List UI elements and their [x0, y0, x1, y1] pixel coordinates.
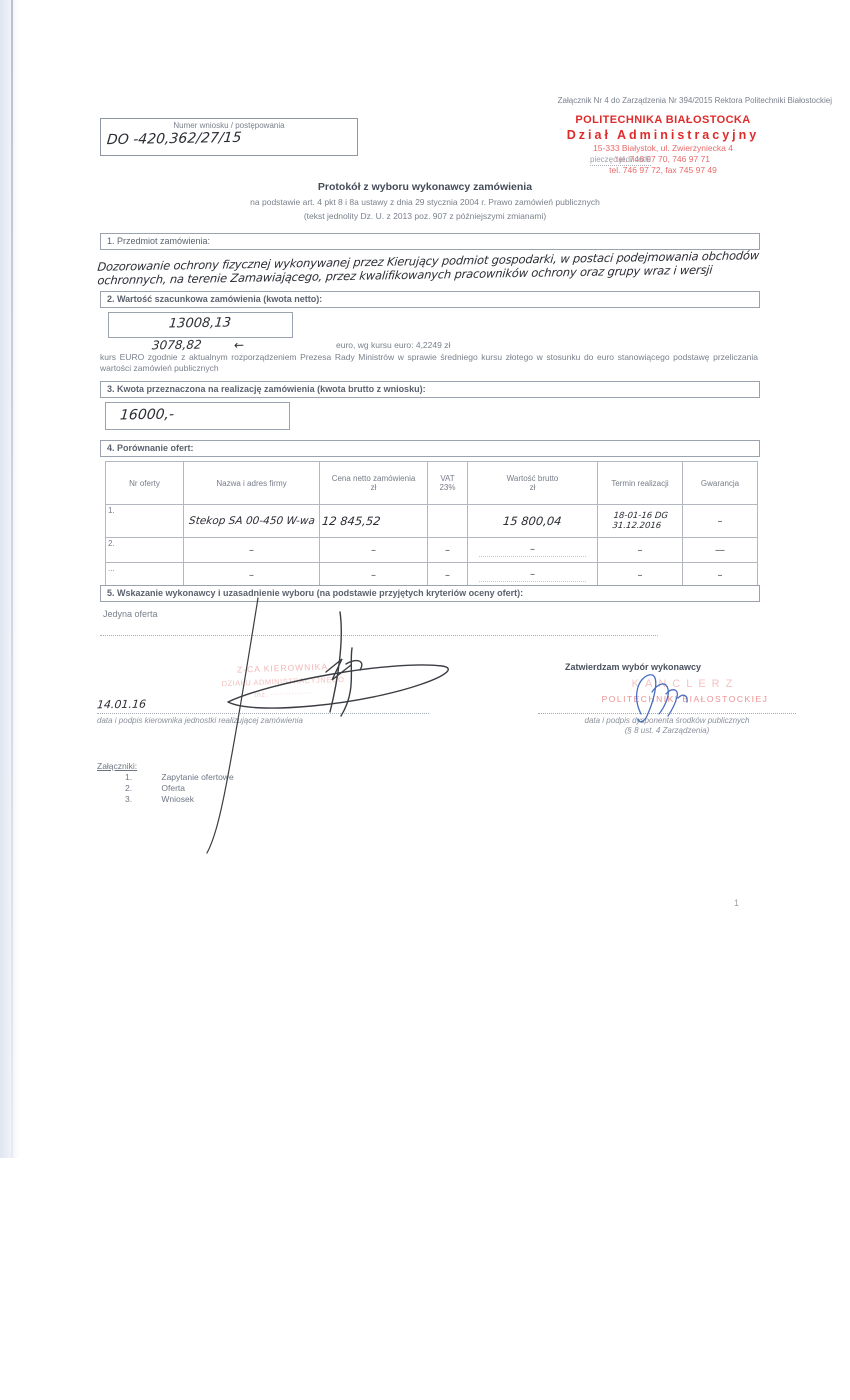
attachment-item: 1. Zapytanie ofertowe	[125, 772, 234, 783]
cell-gwarancja: –	[718, 516, 723, 527]
right-role-stamp: KANCLERZ POLITECHNIKI BIAŁOSTOCKIEJ	[575, 676, 795, 705]
col-header: Nazwa i adres firmy	[184, 462, 320, 505]
cell-brutto: –	[530, 569, 535, 580]
kurs-paragraph: kurs EURO zgodnie z aktualnym rozporządz…	[100, 352, 758, 374]
col-header: Nr oferty	[106, 462, 184, 505]
cell-brutto: 15 800,04	[502, 514, 562, 528]
arrow-mark: ←	[233, 338, 244, 352]
table-row: 2. – – – – – —	[106, 538, 758, 563]
document-title: Protokół z wyboru wykonawcy zamówienia	[0, 181, 850, 193]
cell-offer-no: 1.	[106, 505, 184, 538]
left-role-stamp: Z-CA KIEROWNIKA DZIAŁU ADMINISTRACYJNEGO…	[147, 657, 418, 704]
right-stamp-line1: KANCLERZ	[575, 676, 795, 693]
unit-stamp-line4: tel. 746 97 70, 746 97 71 pieczęć jednos…	[532, 154, 794, 165]
col-header: Gwarancja	[683, 462, 758, 505]
document-subtitle-1: na podstawie art. 4 pkt 8 i 8a ustawy z …	[0, 197, 850, 207]
attachment-item: 3. Wniosek	[125, 794, 234, 805]
cell-vat	[428, 505, 468, 538]
cell-vat: –	[445, 570, 450, 581]
table-row: ... – – – – – –	[106, 563, 758, 588]
netto-value-box: 13008,13	[108, 312, 293, 338]
left-signature-dotted-line	[97, 712, 429, 714]
request-number-label: Numer wniosku / postępowania	[101, 119, 357, 130]
cell-vat: –	[445, 545, 450, 556]
section2-heading: 2. Wartość szacunkowa zamówienia (kwota …	[100, 291, 760, 308]
attachment-note: Załącznik Nr 4 do Zarządzenia Nr 394/201…	[558, 96, 832, 105]
section3-heading: 3. Kwota przeznaczona na realizację zamó…	[100, 381, 760, 398]
scan-edge-line	[11, 0, 13, 1158]
right-signature-caption: data i podpis dysponenta środków publicz…	[538, 716, 796, 725]
page-number: 1	[734, 898, 739, 908]
offers-table-header-row: Nr oferty Nazwa i adres firmy Cena netto…	[106, 462, 758, 505]
euro-note: euro, wg kursu euro: 4,2249 zł	[336, 340, 450, 350]
request-number-value: DO -420,362/27/15	[106, 130, 242, 148]
stamp-placeholder-overlay: pieczęć jednostki	[590, 155, 651, 166]
cell-gwarancja: –	[718, 570, 723, 581]
request-number-box: Numer wniosku / postępowania DO -420,362…	[100, 118, 358, 156]
col-header: VAT 23%	[428, 462, 468, 505]
table-row: 1. Stekop SA 00-450 W-wa 12 845,52 15 80…	[106, 505, 758, 538]
attachments-list: 1. Zapytanie ofertowe 2. Oferta 3. Wnios…	[125, 772, 234, 805]
unit-stamp-line5: tel. 746 97 72, fax 745 97 49	[532, 165, 794, 176]
brutto-value-box: 16000,-	[105, 402, 290, 430]
dotted-filler	[479, 581, 585, 582]
section1-handwriting-line2: ochronnych, na terenie Zamawiającego, pr…	[97, 263, 713, 288]
cell-netto: 12 845,52	[321, 514, 381, 528]
single-offer-note: Jedyna oferta	[103, 609, 158, 619]
cell-brutto: –	[530, 544, 535, 555]
left-date-handwritten: 14.01.16	[97, 695, 146, 713]
dotted-filler	[479, 556, 585, 557]
col-header: Cena netto zamówienia zł	[320, 462, 428, 505]
offers-table: Nr oferty Nazwa i adres firmy Cena netto…	[105, 461, 758, 588]
fill-in-dotted-line	[100, 634, 658, 636]
cell-termin: –	[638, 570, 643, 581]
section5-heading: 5. Wskazanie wykonawcy i uzasadnienie wy…	[100, 585, 760, 602]
document-subtitle-2: (tekst jednolity Dz. U. z 2013 poz. 907 …	[0, 211, 850, 221]
section1-heading: 1. Przedmiot zamówienia:	[100, 233, 760, 250]
section4-heading: 4. Porównanie ofert:	[100, 440, 760, 457]
cell-termin: 18-01-16 DG 31.12.2016	[612, 511, 669, 531]
attachments-heading: Załączniki:	[97, 761, 137, 771]
cell-netto: –	[371, 570, 376, 581]
netto-value: 13008,13	[169, 312, 233, 331]
unit-stamp-line2: Dział Administracyjny	[532, 128, 794, 144]
approve-statement: Zatwierdzam wybór wykonawcy	[565, 662, 701, 672]
right-signature-caption-2: (§ 8 ust. 4 Zarządzenia)	[538, 726, 796, 735]
left-signature-caption: data i podpis kierownika jednostki reali…	[97, 716, 303, 725]
attachment-item: 2. Oferta	[125, 783, 234, 794]
brutto-value: 16000,-	[119, 407, 175, 424]
unit-stamp-line3: 15-333 Białystok, ul. Zwierzyniecka 4	[532, 143, 794, 154]
right-stamp-line2: POLITECHNIKI BIAŁOSTOCKIEJ	[575, 693, 795, 706]
cell-offer-no: 2.	[106, 538, 184, 563]
unit-stamp: POLITECHNIKA BIAŁOSTOCKA Dział Administr…	[532, 114, 794, 175]
unit-stamp-line1: POLITECHNIKA BIAŁOSTOCKA	[532, 114, 794, 128]
cell-firm: –	[249, 570, 254, 581]
cell-gwarancja: —	[715, 545, 725, 556]
cell-offer-no: ...	[106, 563, 184, 588]
scan-edge-shadow	[0, 0, 20, 1158]
col-header: Termin realizacji	[598, 462, 683, 505]
right-signature-dotted-line	[538, 712, 796, 714]
scanned-document-page: Załącznik Nr 4 do Zarządzenia Nr 394/201…	[0, 0, 850, 1400]
col-header: Wartość brutto zł	[468, 462, 598, 505]
cell-firm: Stekop SA 00-450 W-wa	[188, 515, 315, 527]
cell-firm: –	[249, 545, 254, 556]
cell-netto: –	[371, 545, 376, 556]
cell-termin: –	[638, 545, 643, 556]
